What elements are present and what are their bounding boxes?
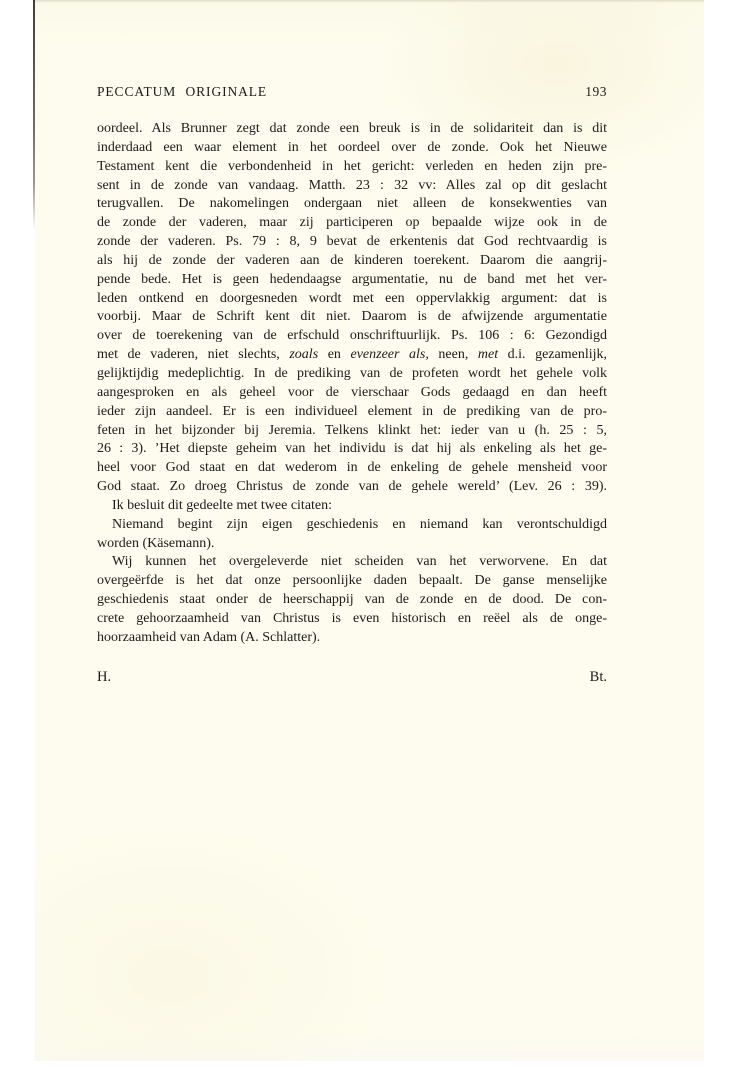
page-header: PECCATUM ORIGINALE 193 (97, 84, 607, 100)
text-line: God staat. Zo droeg Christus de zonde va… (97, 478, 607, 497)
text-line: de zonde der vaderen, maar zij participe… (97, 214, 607, 233)
text-line: heel voor God staat en dat wederom in de… (97, 459, 607, 478)
signature-right-initial: Bt. (590, 669, 607, 686)
text-line: geschiedenis staat onder de heerschappij… (97, 591, 607, 610)
text-line: overgeërfde is het dat onze persoonlijke… (97, 572, 607, 591)
signature-row: H. Bt. (97, 669, 607, 686)
text-line: leden ontkend en doorgesneden wordt met … (97, 290, 607, 309)
text-line: hoorzaamheid van Adam (A. Schlatter). (97, 629, 607, 648)
signature-left-initial: H. (97, 669, 111, 686)
text-line: Niemand begint zijn eigen geschiedenis e… (97, 516, 607, 535)
text-line: gelijktijdig medeplichtig. In de prediki… (97, 365, 607, 384)
scan-edge-artifact (33, 0, 35, 230)
text-line: voorbij. Maar de Schrift kent dit niet. … (97, 308, 607, 327)
text-line: zonde der vaderen. Ps. 79 : 8, 9 bevat d… (97, 233, 607, 252)
text-line: Wij kunnen het overgeleverde niet scheid… (97, 553, 607, 572)
text-line: als hij de zonde der vaderen aan de kind… (97, 252, 607, 271)
text-line: sent in de zonde van vandaag. Matth. 23 … (97, 177, 607, 196)
running-title: PECCATUM ORIGINALE (97, 84, 267, 100)
scan-viewport: PECCATUM ORIGINALE 193 oordeel. Als Brun… (0, 0, 738, 1068)
text-line: aangesproken en als geheel voor de viers… (97, 384, 607, 403)
scanned-page: PECCATUM ORIGINALE 193 oordeel. Als Brun… (35, 0, 704, 1061)
text-line: Ik besluit dit gedeelte met twee citaten… (97, 497, 607, 516)
text-line: Testament kent die verbondenheid in het … (97, 158, 607, 177)
text-line: over de toerekening van de erfschuld ons… (97, 327, 607, 346)
text-line: ieder zijn aandeel. Er is een individuee… (97, 403, 607, 422)
text-line: inderdaad een waar element in het oordee… (97, 139, 607, 158)
text-line: feten in het bijzonder bij Jeremia. Telk… (97, 422, 607, 441)
text-line: terugvallen. De nakomelingen ondergaan n… (97, 195, 607, 214)
page-number: 193 (585, 84, 607, 100)
text-line: oordeel. Als Brunner zegt dat zonde een … (97, 120, 607, 139)
text-line: 26 : 3). ’Het diepste geheim van het ind… (97, 440, 607, 459)
body-text: oordeel. Als Brunner zegt dat zonde een … (97, 120, 607, 648)
text-line: worden (Käsemann). (97, 535, 607, 554)
text-line: met de vaderen, niet slechts, zoals en e… (97, 346, 607, 365)
text-line: pende bede. Het is geen hedendaagse argu… (97, 271, 607, 290)
text-line: crete gehoorzaamheid van Christus is eve… (97, 610, 607, 629)
